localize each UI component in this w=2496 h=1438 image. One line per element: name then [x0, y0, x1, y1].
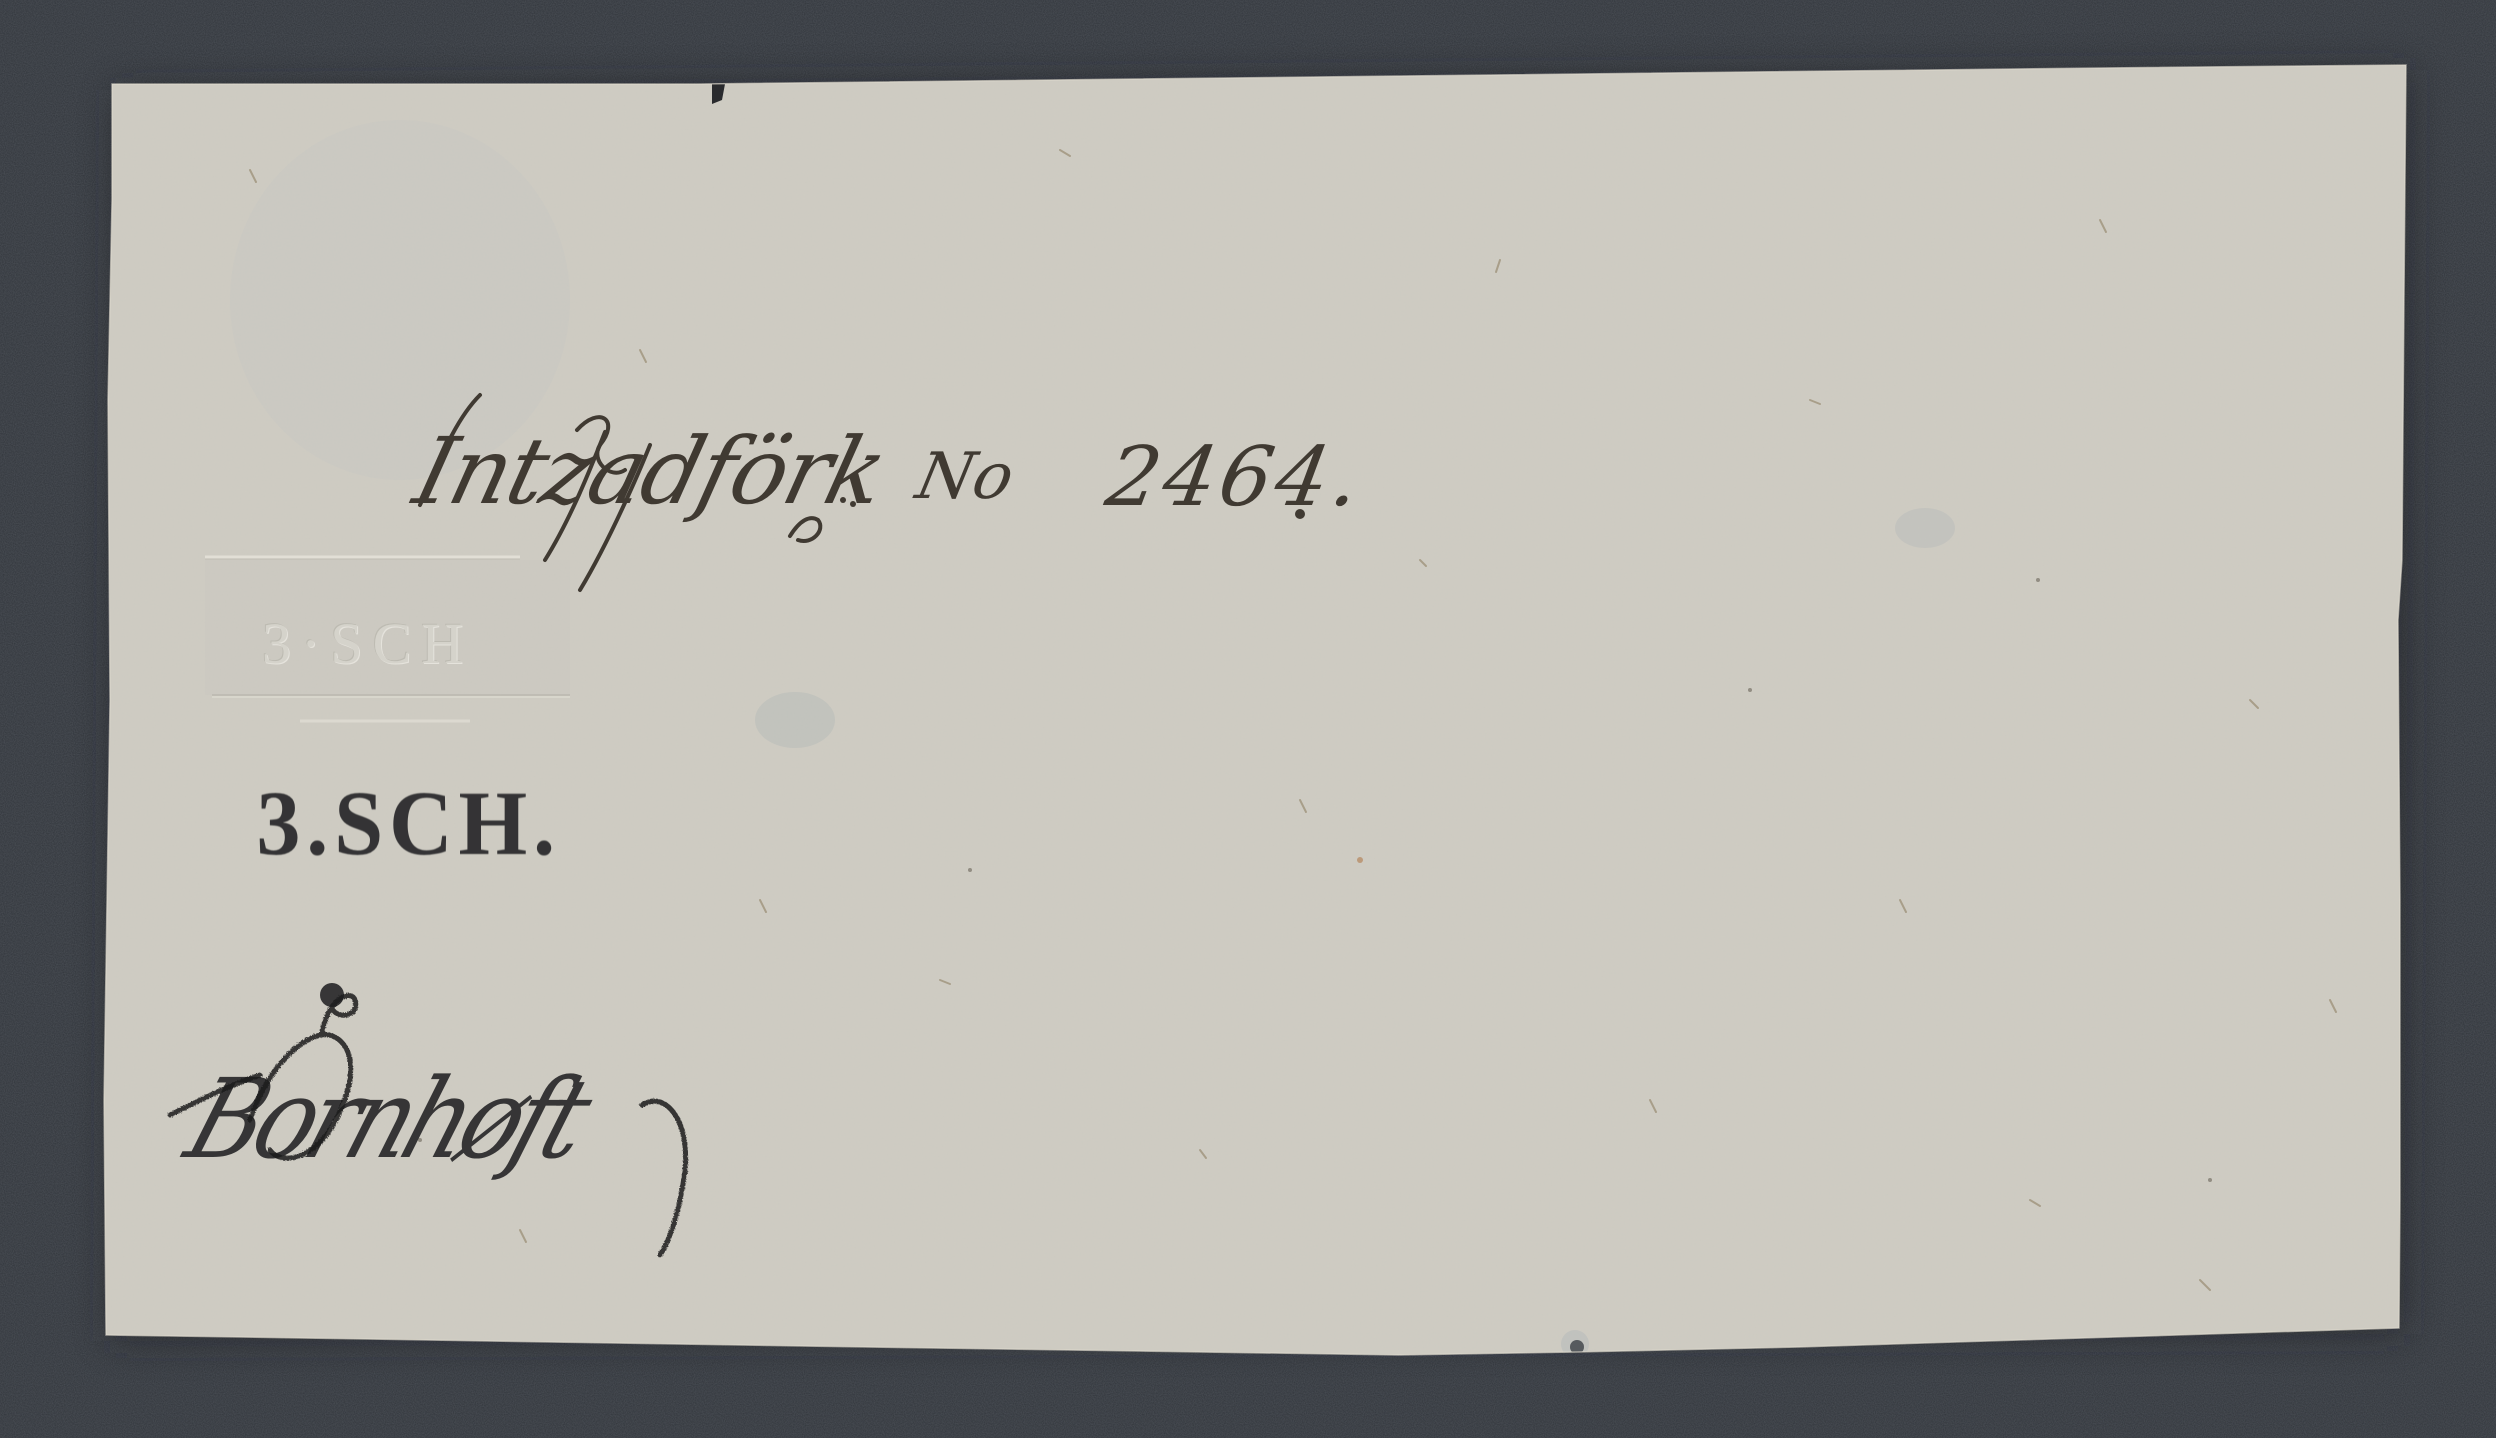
document-scan: 3·SCH 3.SCH. Intzadförk No 2464. Bornhøf… [0, 0, 2496, 1438]
signature-flourish [0, 0, 2496, 1438]
